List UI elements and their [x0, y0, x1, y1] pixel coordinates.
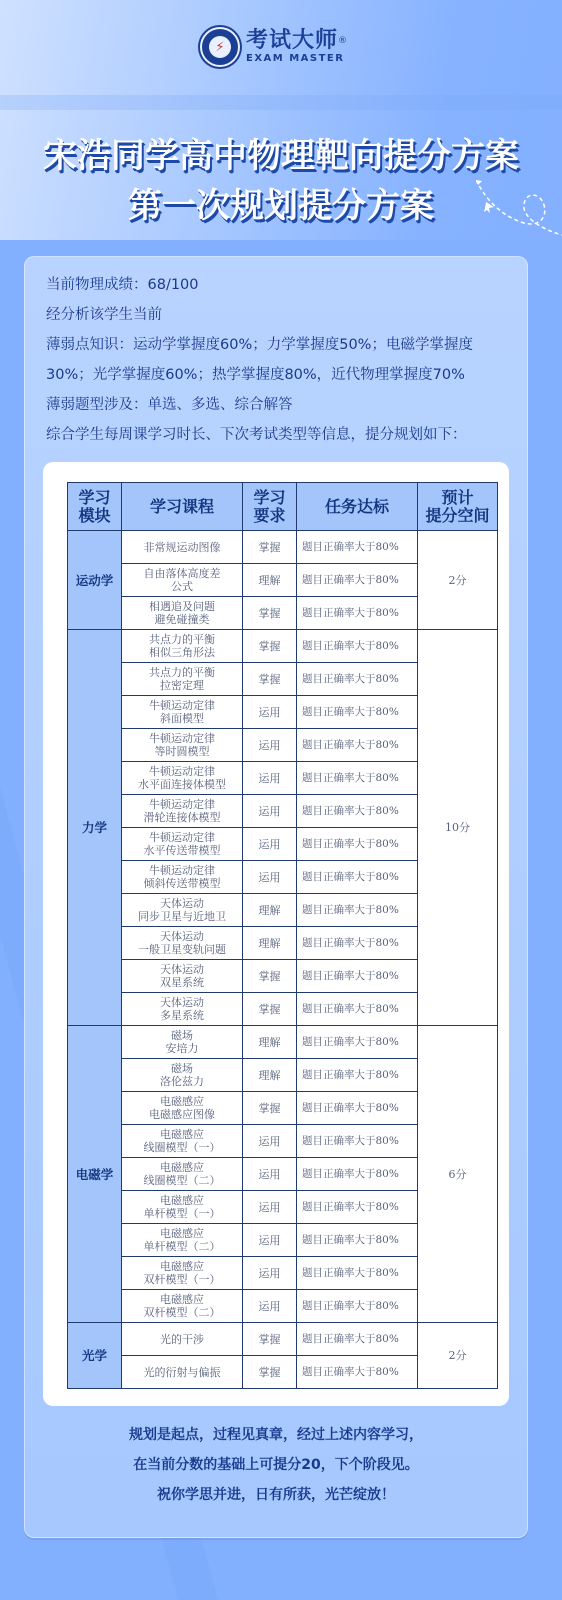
- task-cell: 题目正确率大于80%: [297, 1092, 418, 1125]
- course-line: 光的干涉: [124, 1333, 240, 1346]
- module-cell: 力学: [68, 630, 122, 1026]
- requirement-cell: 运用: [243, 1257, 297, 1290]
- requirement-cell: 运用: [243, 696, 297, 729]
- requirement-cell: 掌握: [243, 663, 297, 696]
- requirement-cell: 掌握: [243, 1092, 297, 1125]
- course-cell: 牛顿运动定律滑轮连接体模型: [122, 795, 243, 828]
- course-line: 线圈模型（一）: [124, 1141, 240, 1154]
- course-line: 天体运动: [124, 930, 240, 943]
- requirement-cell: 运用: [243, 1290, 297, 1323]
- course-cell: 自由落体高度差公式: [122, 564, 243, 597]
- table-row: 光学光的干涉掌握题目正确率大于80%2分: [68, 1323, 498, 1356]
- course-cell: 天体运动多星系统: [122, 993, 243, 1026]
- requirement-cell: 运用: [243, 1224, 297, 1257]
- task-cell: 题目正确率大于80%: [297, 630, 418, 663]
- task-cell: 题目正确率大于80%: [297, 1191, 418, 1224]
- closing-line-3: 祝你学思并进，日有所获，光芒绽放！: [24, 1480, 528, 1510]
- course-cell: 电磁感应单杆模型（一）: [122, 1191, 243, 1224]
- gain-cell: 2分: [418, 531, 498, 630]
- course-line: 倾斜传送带模型: [124, 877, 240, 890]
- table-row: 运动学非常规运动图像掌握题目正确率大于80%2分: [68, 531, 498, 564]
- course-line: 磁场: [124, 1029, 240, 1042]
- task-cell: 题目正确率大于80%: [297, 927, 418, 960]
- header-requirement: 学习要求: [243, 483, 297, 531]
- course-cell: 牛顿运动定律斜面模型: [122, 696, 243, 729]
- course-line: 电磁感应图像: [124, 1108, 240, 1121]
- task-cell: 题目正确率大于80%: [297, 597, 418, 630]
- module-cell: 运动学: [68, 531, 122, 630]
- requirement-cell: 运用: [243, 795, 297, 828]
- requirement-cell: 理解: [243, 927, 297, 960]
- requirement-cell: 理解: [243, 1026, 297, 1059]
- task-cell: 题目正确率大于80%: [297, 1125, 418, 1158]
- task-cell: 题目正确率大于80%: [297, 1026, 418, 1059]
- course-cell: 天体运动一般卫星变轨问题: [122, 927, 243, 960]
- course-line: 共点力的平衡: [124, 633, 240, 646]
- task-cell: 题目正确率大于80%: [297, 564, 418, 597]
- course-line: 一般卫星变轨问题: [124, 943, 240, 956]
- brand-logo: ⚡ 考试大师® EXAM MASTER: [200, 24, 348, 70]
- course-cell: 电磁感应线圈模型（一）: [122, 1125, 243, 1158]
- task-cell: 题目正确率大于80%: [297, 663, 418, 696]
- course-line: 电磁感应: [124, 1227, 240, 1240]
- course-cell: 电磁感应线圈模型（二）: [122, 1158, 243, 1191]
- weak-knowledge-line2: 30%；光学掌握度60%；热学掌握度80%，近代物理掌握度70%: [46, 360, 526, 390]
- course-line: 牛顿运动定律: [124, 798, 240, 811]
- logo-badge-icon: ⚡: [200, 27, 240, 67]
- registered-mark: ®: [338, 36, 348, 46]
- module-cell: 光学: [68, 1323, 122, 1389]
- task-cell: 题目正确率大于80%: [297, 960, 418, 993]
- analysis-intro: 经分析该学生当前: [46, 300, 526, 330]
- course-cell: 天体运动同步卫星与近地卫: [122, 894, 243, 927]
- course-line: 电磁感应: [124, 1095, 240, 1108]
- course-line: 安培力: [124, 1042, 240, 1055]
- brand-name-en: EXAM MASTER: [246, 53, 348, 65]
- task-cell: 题目正确率大于80%: [297, 861, 418, 894]
- analysis-section: 当前物理成绩：68/100 经分析该学生当前 薄弱点知识：运动学掌握度60%；力…: [46, 270, 526, 450]
- page-title: 宋浩同学高中物理靶向提分方案: [0, 128, 562, 177]
- course-line: 自由落体高度差: [124, 567, 240, 580]
- lightning-icon: ⚡: [209, 36, 231, 58]
- course-line: 牛顿运动定律: [124, 831, 240, 844]
- task-cell: 题目正确率大于80%: [297, 531, 418, 564]
- course-cell: 共点力的平衡拉密定理: [122, 663, 243, 696]
- course-line: 电磁感应: [124, 1260, 240, 1273]
- task-cell: 题目正确率大于80%: [297, 696, 418, 729]
- paper-plane-icon: [476, 180, 562, 240]
- gain-cell: 6分: [418, 1026, 498, 1323]
- course-line: 牛顿运动定律: [124, 765, 240, 778]
- course-cell: 牛顿运动定律倾斜传送带模型: [122, 861, 243, 894]
- course-cell: 光的干涉: [122, 1323, 243, 1356]
- task-cell: 题目正确率大于80%: [297, 894, 418, 927]
- current-score: 当前物理成绩：68/100: [46, 270, 526, 300]
- closing-line-2: 在当前分数的基础上可提分20，下个阶段见。: [24, 1450, 528, 1480]
- requirement-cell: 理解: [243, 564, 297, 597]
- task-cell: 题目正确率大于80%: [297, 762, 418, 795]
- requirement-cell: 理解: [243, 894, 297, 927]
- course-line: 天体运动: [124, 897, 240, 910]
- course-cell: 光的衍射与偏振: [122, 1356, 243, 1389]
- task-cell: 题目正确率大于80%: [297, 1224, 418, 1257]
- course-line: 线圈模型（二）: [124, 1174, 240, 1187]
- task-cell: 题目正确率大于80%: [297, 1257, 418, 1290]
- task-cell: 题目正确率大于80%: [297, 828, 418, 861]
- requirement-cell: 掌握: [243, 1323, 297, 1356]
- course-cell: 天体运动双星系统: [122, 960, 243, 993]
- course-line: 水平传送带模型: [124, 844, 240, 857]
- task-cell: 题目正确率大于80%: [297, 795, 418, 828]
- task-cell: 题目正确率大于80%: [297, 1158, 418, 1191]
- course-line: 双杆模型（一）: [124, 1273, 240, 1286]
- requirement-cell: 运用: [243, 828, 297, 861]
- brand-name-cn: 考试大师®: [246, 29, 348, 53]
- course-cell: 磁场洛伦兹力: [122, 1059, 243, 1092]
- weak-knowledge-line1: 薄弱点知识：运动学掌握度60%；力学掌握度50%；电磁学掌握度: [46, 330, 526, 360]
- requirement-cell: 掌握: [243, 630, 297, 663]
- course-line: 水平面连接体模型: [124, 778, 240, 791]
- task-cell: 题目正确率大于80%: [297, 1323, 418, 1356]
- requirement-cell: 理解: [243, 1059, 297, 1092]
- course-line: 牛顿运动定律: [124, 864, 240, 877]
- table-row: 力学共点力的平衡相似三角形法掌握题目正确率大于80%10分: [68, 630, 498, 663]
- course-cell: 电磁感应单杆模型（二）: [122, 1224, 243, 1257]
- course-line: 电磁感应: [124, 1161, 240, 1174]
- task-cell: 题目正确率大于80%: [297, 1059, 418, 1092]
- task-cell: 题目正确率大于80%: [297, 993, 418, 1026]
- course-line: 非常规运动图像: [124, 541, 240, 554]
- course-line: 单杆模型（一）: [124, 1207, 240, 1220]
- course-line: 磁场: [124, 1062, 240, 1075]
- requirement-cell: 运用: [243, 861, 297, 894]
- table-header-row: 学习模块 学习课程 学习要求 任务达标 预计提分空间: [68, 483, 498, 531]
- course-line: 相遇追及问题: [124, 600, 240, 613]
- task-cell: 题目正确率大于80%: [297, 1290, 418, 1323]
- course-line: 单杆模型（二）: [124, 1240, 240, 1253]
- course-line: 多星系统: [124, 1009, 240, 1022]
- course-line: 拉密定理: [124, 679, 240, 692]
- plan-intro: 综合学生每周课学习时长、下次考试类型等信息，提分规划如下：: [46, 420, 526, 450]
- course-line: 双杆模型（二）: [124, 1306, 240, 1319]
- requirement-cell: 掌握: [243, 597, 297, 630]
- course-cell: 牛顿运动定律水平传送带模型: [122, 828, 243, 861]
- course-line: 洛伦兹力: [124, 1075, 240, 1088]
- header-module: 学习模块: [68, 483, 122, 531]
- course-line: 共点力的平衡: [124, 666, 240, 679]
- course-line: 等时圆模型: [124, 745, 240, 758]
- requirement-cell: 运用: [243, 1191, 297, 1224]
- course-cell: 牛顿运动定律水平面连接体模型: [122, 762, 243, 795]
- course-line: 双星系统: [124, 976, 240, 989]
- module-cell: 电磁学: [68, 1026, 122, 1323]
- study-plan-table: 学习模块 学习课程 学习要求 任务达标 预计提分空间 运动学非常规运动图像掌握题…: [67, 482, 498, 1389]
- course-line: 滑轮连接体模型: [124, 811, 240, 824]
- course-cell: 非常规运动图像: [122, 531, 243, 564]
- header-course: 学习课程: [122, 483, 243, 531]
- requirement-cell: 掌握: [243, 1356, 297, 1389]
- table-row: 电磁学磁场安培力理解题目正确率大于80%6分: [68, 1026, 498, 1059]
- gain-cell: 10分: [418, 630, 498, 1026]
- course-line: 公式: [124, 580, 240, 593]
- closing-line-1: 规划是起点，过程见真章，经过上述内容学习，: [24, 1420, 528, 1450]
- course-line: 电磁感应: [124, 1293, 240, 1306]
- course-line: 同步卫星与近地卫: [124, 910, 240, 923]
- gain-cell: 2分: [418, 1323, 498, 1389]
- course-cell: 电磁感应电磁感应图像: [122, 1092, 243, 1125]
- header-task: 任务达标: [297, 483, 418, 531]
- course-line: 天体运动: [124, 996, 240, 1009]
- course-line: 电磁感应: [124, 1128, 240, 1141]
- requirement-cell: 掌握: [243, 993, 297, 1026]
- course-line: 牛顿运动定律: [124, 732, 240, 745]
- requirement-cell: 掌握: [243, 531, 297, 564]
- requirement-cell: 运用: [243, 729, 297, 762]
- requirement-cell: 运用: [243, 1125, 297, 1158]
- course-line: 天体运动: [124, 963, 240, 976]
- course-line: 牛顿运动定律: [124, 699, 240, 712]
- course-line: 光的衍射与偏振: [124, 1366, 240, 1379]
- course-cell: 牛顿运动定律等时圆模型: [122, 729, 243, 762]
- course-cell: 磁场安培力: [122, 1026, 243, 1059]
- course-cell: 电磁感应双杆模型（二）: [122, 1290, 243, 1323]
- course-line: 斜面模型: [124, 712, 240, 725]
- requirement-cell: 运用: [243, 762, 297, 795]
- course-cell: 相遇追及问题避免碰撞类: [122, 597, 243, 630]
- course-cell: 电磁感应双杆模型（一）: [122, 1257, 243, 1290]
- task-cell: 题目正确率大于80%: [297, 729, 418, 762]
- header-gain: 预计提分空间: [418, 483, 498, 531]
- weak-question-types: 薄弱题型涉及：单选、多选、综合解答: [46, 390, 526, 420]
- requirement-cell: 运用: [243, 1158, 297, 1191]
- course-line: 相似三角形法: [124, 646, 240, 659]
- logo-text: 考试大师® EXAM MASTER: [246, 29, 348, 65]
- course-line: 避免碰撞类: [124, 613, 240, 626]
- requirement-cell: 掌握: [243, 960, 297, 993]
- course-cell: 共点力的平衡相似三角形法: [122, 630, 243, 663]
- task-cell: 题目正确率大于80%: [297, 1356, 418, 1389]
- course-line: 电磁感应: [124, 1194, 240, 1207]
- closing-message: 规划是起点，过程见真章，经过上述内容学习， 在当前分数的基础上可提分20，下个阶…: [24, 1420, 528, 1510]
